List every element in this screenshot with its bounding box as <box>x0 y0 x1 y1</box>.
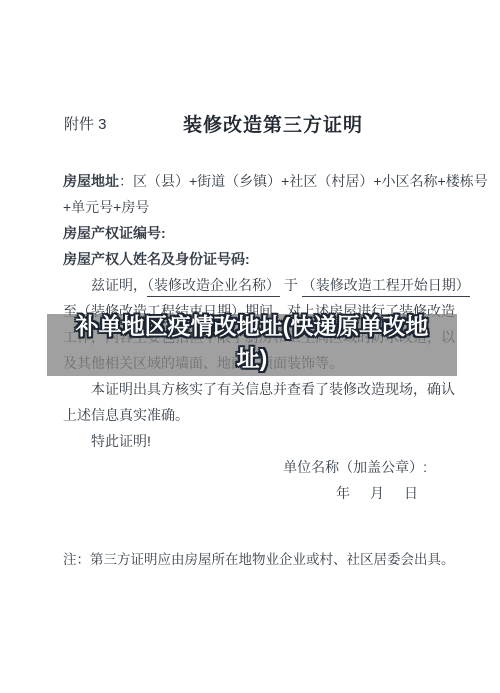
document-header: 附件 3 装修改造第三方证明 <box>0 110 500 136</box>
owner-id-label: 房屋产权人姓名及身份证号码: <box>63 246 456 272</box>
date-row: 年月日 <box>63 480 456 506</box>
unit-name-label: 单位名称（加盖公章）: <box>63 454 456 480</box>
cert-paragraph-line-1: 兹证明，（装修改造企业名称） 于 （装修改造工程开始日期） <box>63 272 456 298</box>
property-cert-label: 房屋产权证编号: <box>63 220 456 246</box>
certificate-document: 附件 3 装修改造第三方证明 房屋地址：区（县）+街道（乡镇）+社区（村居）+小… <box>0 0 500 693</box>
watermark-title: 补单地区疫情改地址(快递原单改地 址) <box>47 310 457 374</box>
verify-line-1: 本证明出具方核实了有关信息并查看了装修改造现场，确认 <box>63 376 456 402</box>
watermark-line-1: 补单地区疫情改地址(快递原单改地 <box>47 310 457 342</box>
hereby-certify: 特此证明! <box>63 428 456 454</box>
text-run: 兹证明， <box>91 277 147 293</box>
attachment-label: 附件 3 <box>64 113 107 134</box>
watermark-line-2: 址) <box>47 342 457 374</box>
address-line-1: 房屋地址：区（县）+街道（乡镇）+社区（村居）+小区名称+楼栋号 <box>63 168 456 194</box>
underlined-blank: （装修改造工程开始日期） <box>302 277 470 297</box>
date-day-label: 日 <box>404 485 418 501</box>
date-year-label: 年 <box>336 485 350 501</box>
footer-note: 注：第三方证明应由房屋所在地物业企业或村、社区居委会出具。 <box>63 550 473 570</box>
address-label: 房屋地址 <box>63 173 119 189</box>
address-line-2: +单元号+房号 <box>63 194 456 220</box>
text-run: 于 <box>280 277 302 293</box>
date-month-label: 月 <box>370 485 384 501</box>
underlined-blank: （装修改造企业名称） <box>147 277 280 297</box>
address-format-text: ：区（县）+街道（乡镇）+社区（村居）+小区名称+楼栋号 <box>119 173 488 189</box>
verify-line-2: 上述信息真实准确。 <box>63 402 456 428</box>
